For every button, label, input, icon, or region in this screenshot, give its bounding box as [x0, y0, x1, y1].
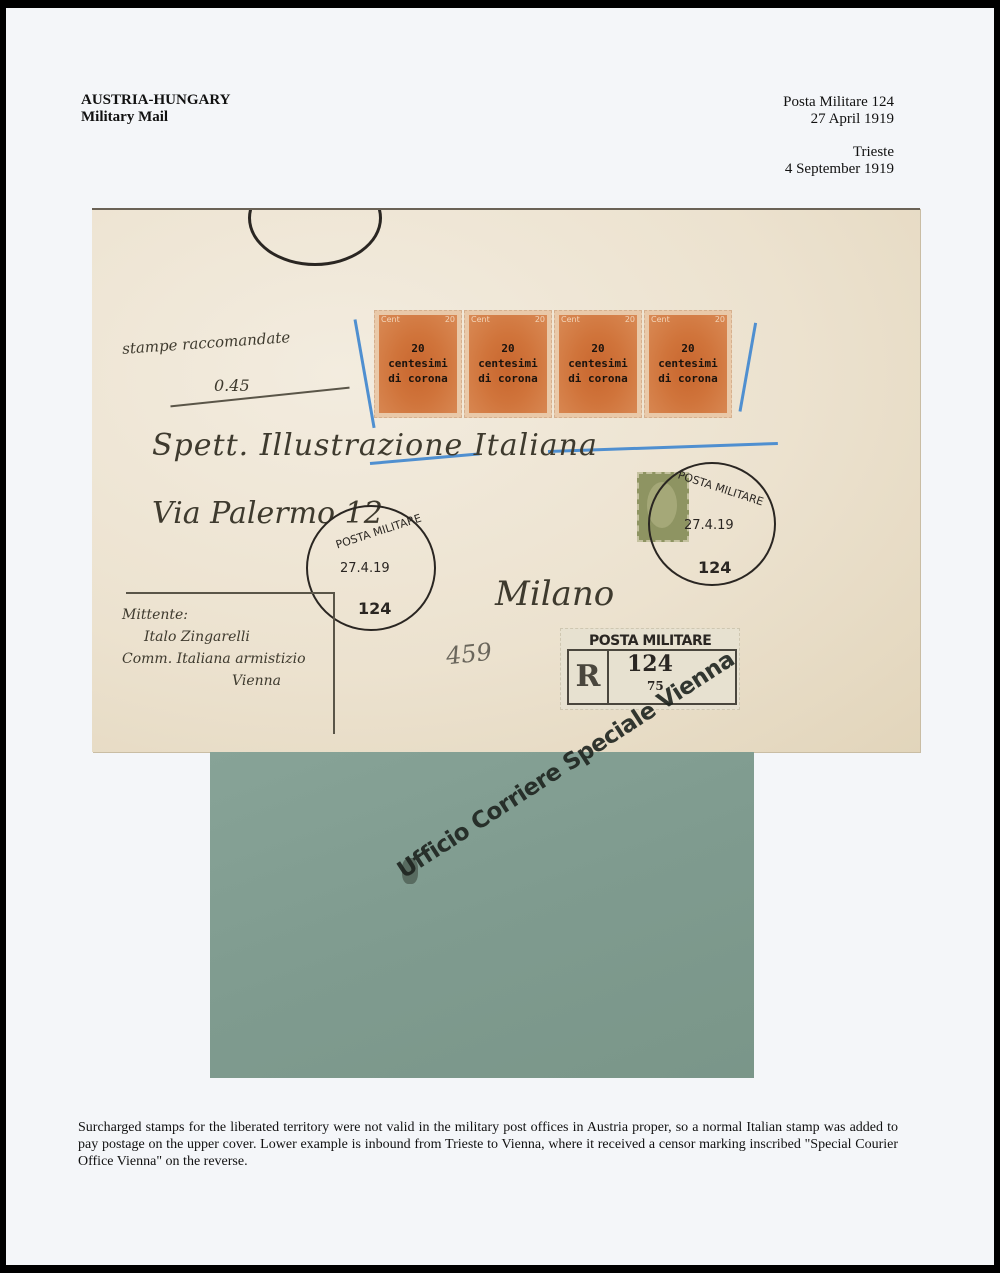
surcharged-stamp-strip: Cent20 20centesimidi corona Cent20 20cen…: [374, 310, 732, 418]
handwritten-address-line1: Spett. Illustrazione Italiana: [152, 428, 598, 463]
handwritten-city: Milano: [495, 574, 614, 614]
postmark-left: POSTA MILITARE 27.4.19 124: [306, 505, 436, 631]
page-caption: Surcharged stamps for the liberated terr…: [78, 1119, 898, 1170]
page-subtitle: Military Mail: [81, 109, 230, 126]
handwritten-reg-number: 459: [445, 638, 493, 671]
sender-box-side-line: [333, 592, 335, 734]
lower-cover: [210, 752, 754, 1078]
sender-box-top-line: [126, 592, 334, 594]
page-header-left: AUSTRIA-HUNGARY Military Mail: [81, 92, 230, 126]
cover-2-origin: Trieste: [783, 144, 894, 161]
page-title: AUSTRIA-HUNGARY: [81, 92, 230, 109]
cover-1-origin: Posta Militare 124: [783, 94, 894, 111]
handwritten-amount: 0.45: [214, 376, 250, 395]
stamp: Cent20 20centesimidi corona: [374, 310, 462, 418]
stamp: Cent20 20centesimidi corona: [644, 310, 732, 418]
cover-2-date: 4 September 1919: [783, 161, 894, 178]
stamp: Cent20 20centesimidi corona: [464, 310, 552, 418]
page-header-right: Posta Militare 124 27 April 1919 Trieste…: [783, 94, 894, 178]
handwritten-sender: Mittente: Italo Zingarelli Comm. Italian…: [122, 604, 306, 692]
cover-1-date: 27 April 1919: [783, 111, 894, 128]
stamp: Cent20 20centesimidi corona: [554, 310, 642, 418]
postmark-right: POSTA MILITARE 27.4.19 124: [648, 462, 776, 586]
